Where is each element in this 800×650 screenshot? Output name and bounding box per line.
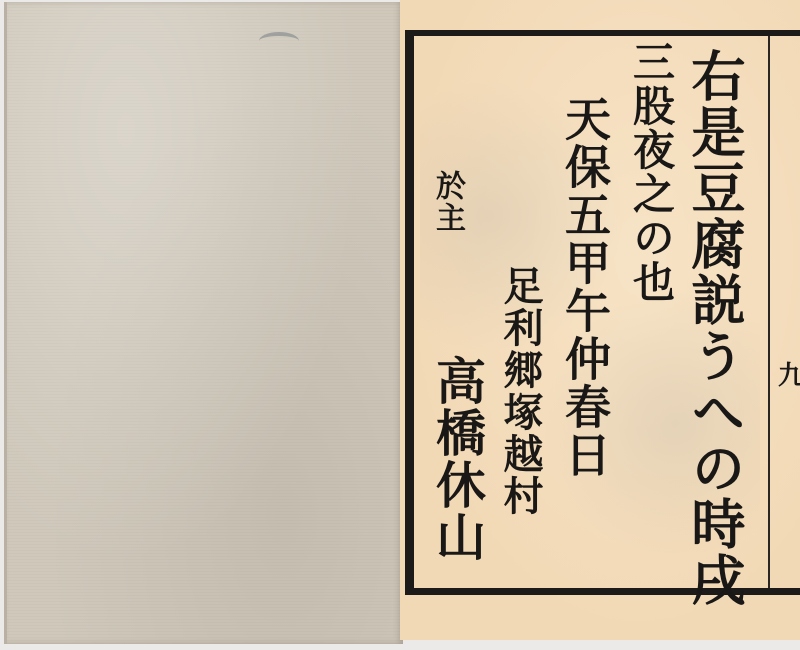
text-column-author: 高橋休山 (432, 355, 482, 563)
margin-rule-line (768, 36, 770, 588)
text-column-small: 於主 (432, 170, 462, 234)
text-column-1: 右是豆腐説うへの時戌 (688, 48, 742, 608)
paper-stain (259, 32, 299, 50)
text-column-2: 三股夜之の也 (630, 40, 672, 304)
text-column-location: 足利郷塚越村 (500, 265, 540, 517)
left-page-blank (4, 2, 403, 644)
text-column-date: 天保五甲午仲春日 (562, 95, 608, 479)
page-number: 九 (778, 355, 800, 392)
